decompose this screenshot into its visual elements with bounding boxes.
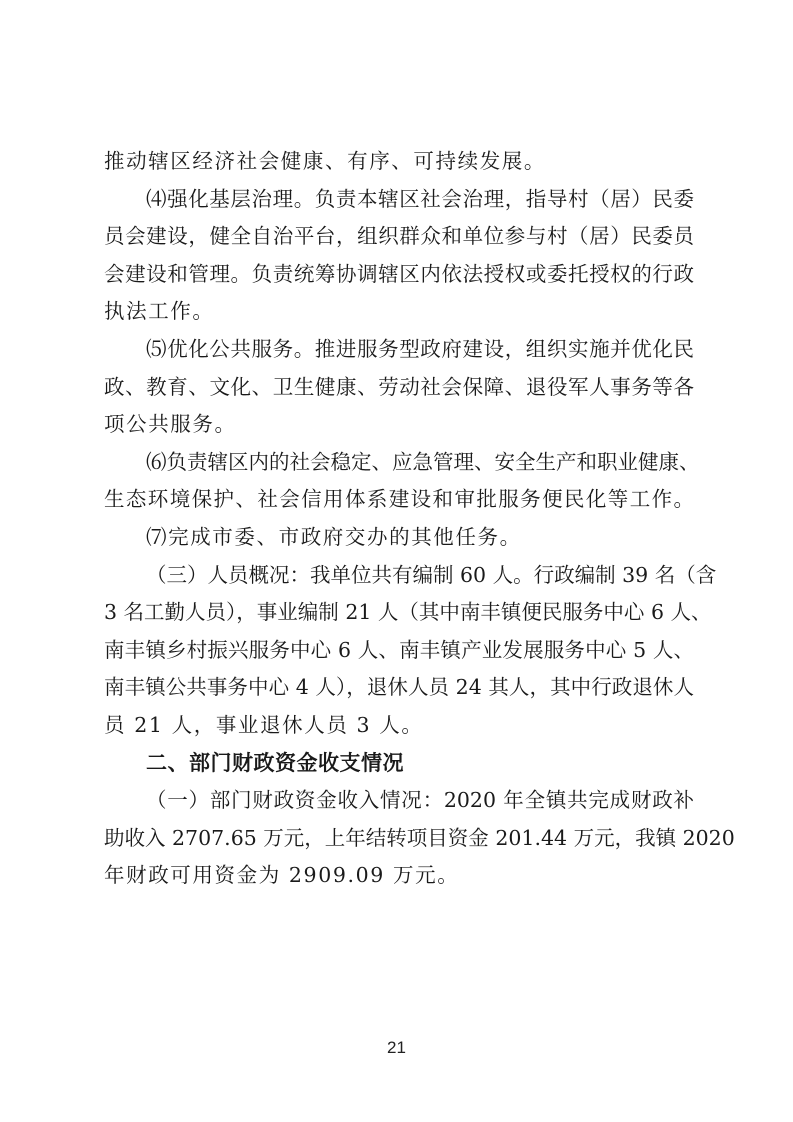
paragraph-line: 执法工作。	[104, 293, 694, 331]
paragraph-line: ⑺完成市委、市政府交办的其他任务。	[104, 519, 694, 557]
paragraph-line: 推动辖区经济社会健康、有序、可持续发展。	[104, 143, 694, 181]
page-number: 21	[0, 1038, 793, 1058]
paragraph-line: 项公共服务。	[104, 406, 694, 444]
paragraph-line: ⑷强化基层治理。负责本辖区社会治理，指导村（居）民委	[104, 181, 694, 219]
paragraph-line: 助收入 2707.65 万元，上年结转项目资金 201.44 万元，我镇 202…	[104, 820, 694, 858]
body-text: 推动辖区经济社会健康、有序、可持续发展。 ⑷强化基层治理。负责本辖区社会治理，指…	[104, 143, 694, 895]
section-heading: 二、部门财政资金收支情况	[104, 745, 694, 783]
paragraph-line: 3 名工勤人员），事业编制 21 人（其中南丰镇便民服务中心 6 人、	[104, 594, 694, 632]
paragraph-line: 南丰镇乡村振兴服务中心 6 人、南丰镇产业发展服务中心 5 人、	[104, 632, 694, 670]
paragraph-line: 南丰镇公共事务中心 4 人），退休人员 24 其人，其中行政退休人	[104, 669, 694, 707]
paragraph-line: 年财政可用资金为 2909.09 万元。	[104, 857, 694, 895]
paragraph-line: 员会建设，健全自治平台，组织群众和单位参与村（居）民委员	[104, 218, 694, 256]
paragraph-line: 会建设和管理。负责统筹协调辖区内依法授权或委托授权的行政	[104, 256, 694, 294]
paragraph-line: 生态环境保护、社会信用体系建设和审批服务便民化等工作。	[104, 481, 694, 519]
paragraph-line: （三）人员概况：我单位共有编制 60 人。行政编制 39 名（含	[104, 557, 694, 595]
paragraph-line: 政、教育、文化、卫生健康、劳动社会保障、退役军人事务等各	[104, 369, 694, 407]
document-page: 推动辖区经济社会健康、有序、可持续发展。 ⑷强化基层治理。负责本辖区社会治理，指…	[0, 0, 793, 1122]
paragraph-line: ⑸优化公共服务。推进服务型政府建设，组织实施并优化民	[104, 331, 694, 369]
paragraph-line: ⑹负责辖区内的社会稳定、应急管理、安全生产和职业健康、	[104, 444, 694, 482]
paragraph-line: （一）部门财政资金收入情况：2020 年全镇共完成财政补	[104, 782, 694, 820]
paragraph-line: 员 21 人，事业退休人员 3 人。	[104, 707, 694, 745]
